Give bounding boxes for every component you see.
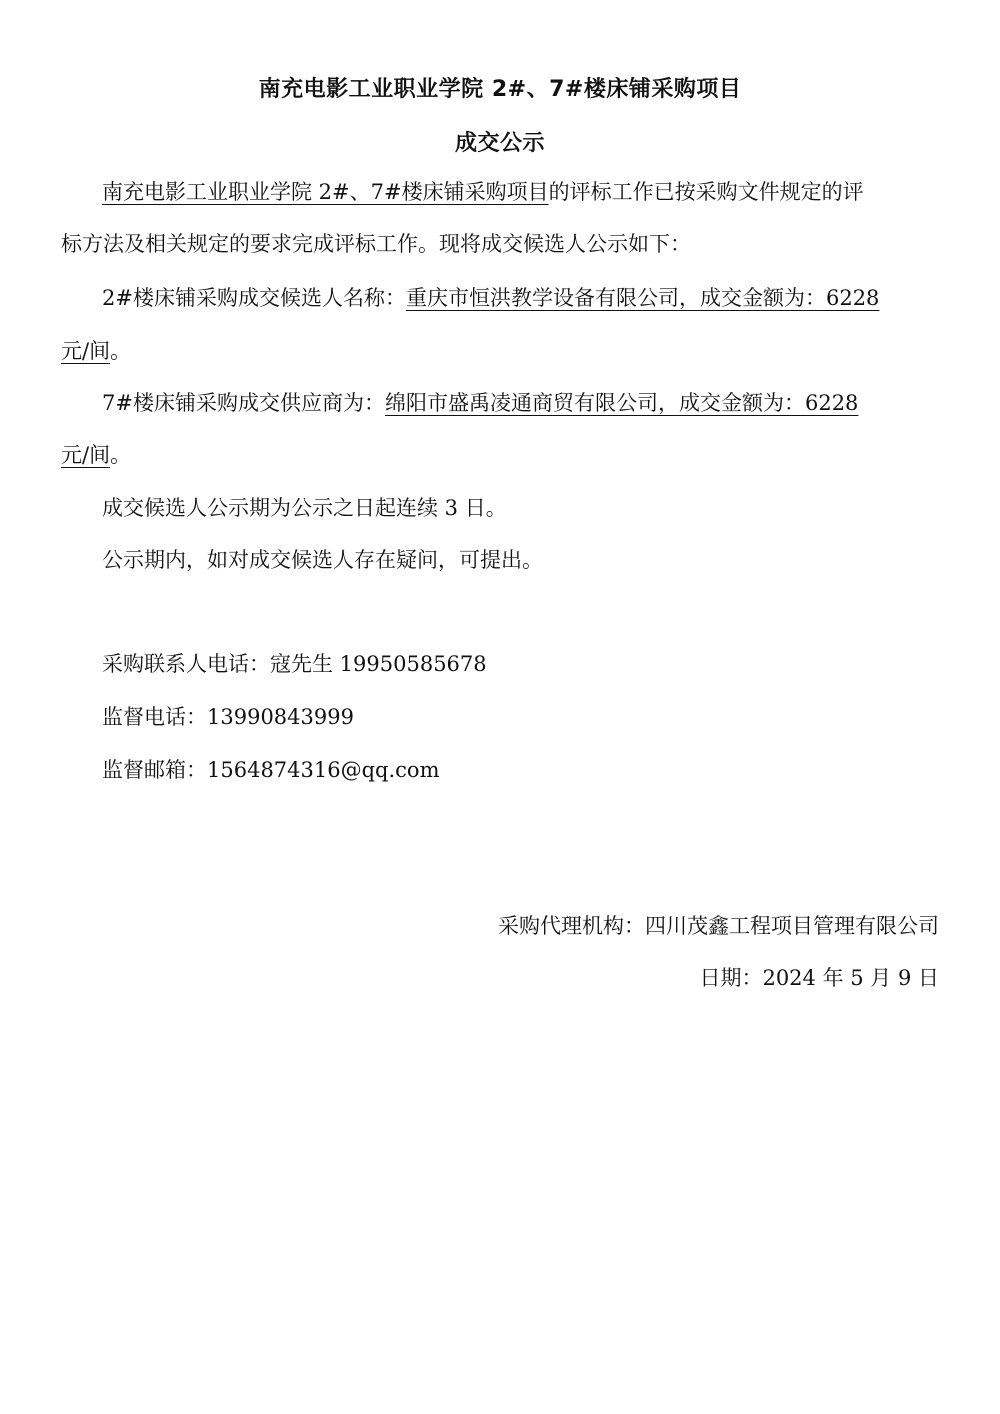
building2-winner: 重庆市恒洪教学设备有限公司，成交金额为：6228	[406, 286, 879, 310]
building7-label: 7#楼床铺采购成交供应商为：	[102, 391, 385, 415]
period-text: 成交候选人公示期为公示之日起连续 3 日。	[102, 494, 507, 522]
building2-unit-line: 元/间。	[61, 337, 131, 365]
objection-text: 公示期内，如对成交候选人存在疑问，可提出。	[102, 546, 543, 574]
building2-unit: 元/间	[61, 339, 110, 363]
building2-label: 2#楼床铺采购成交候选人名称：	[102, 286, 406, 310]
building7-line: 7#楼床铺采购成交供应商为：绵阳市盛禹凌通商贸有限公司，成交金额为：6228	[102, 389, 858, 417]
agency: 采购代理机构：四川茂鑫工程项目管理有限公司	[498, 912, 939, 940]
building7-unit-line: 元/间。	[61, 441, 131, 469]
document-title: 南充电影工业职业学院 2#、7#楼床铺采购项目	[0, 72, 1000, 103]
supervisor-phone: 监督电话：13990843999	[102, 703, 354, 731]
building2-end: 。	[110, 339, 131, 363]
project-name: 南充电影工业职业学院 2#、7#楼床铺采购项目	[102, 180, 549, 204]
purchaser-contact: 采购联系人电话：寇先生 19950585678	[102, 650, 487, 678]
intro-line-2: 标方法及相关规定的要求完成评标工作。现将成交候选人公示如下：	[61, 230, 691, 258]
building7-unit: 元/间	[61, 443, 110, 467]
date: 日期：2024 年 5 月 9 日	[699, 964, 939, 992]
building7-end: 。	[110, 443, 131, 467]
intro-text: 的评标工作已按采购文件规定的评	[549, 180, 864, 204]
supervisor-email: 监督邮箱：1564874316@qq.com	[102, 756, 440, 784]
building2-line: 2#楼床铺采购成交候选人名称：重庆市恒洪教学设备有限公司，成交金额为：6228	[102, 284, 879, 312]
intro-line-1: 南充电影工业职业学院 2#、7#楼床铺采购项目的评标工作已按采购文件规定的评	[102, 178, 864, 206]
document-subtitle: 成交公示	[0, 126, 1000, 157]
building7-winner: 绵阳市盛禹凌通商贸有限公司，成交金额为：6228	[385, 391, 858, 415]
